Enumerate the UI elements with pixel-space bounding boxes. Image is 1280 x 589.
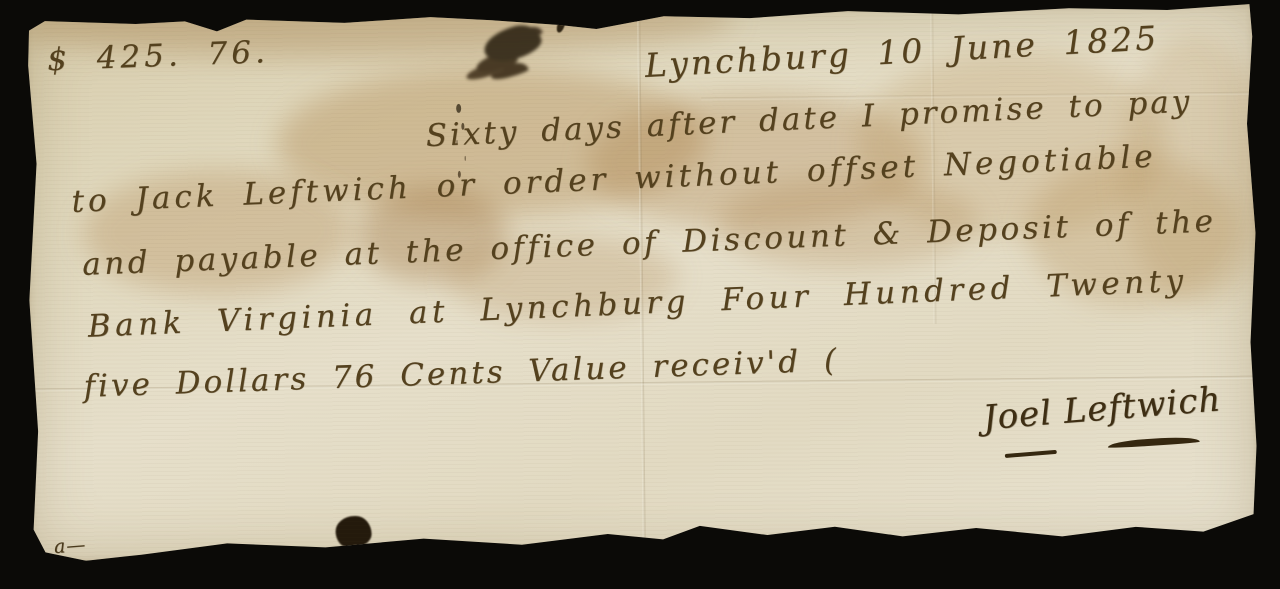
- body-line-5: five Dollars 76 Cents Value receiv'd (: [83, 342, 840, 404]
- ink-speckles: [456, 104, 461, 113]
- ink-blot: [335, 516, 371, 548]
- corner-annotation: a—: [53, 534, 87, 559]
- amount-figure: $ 425. 76.: [47, 34, 270, 78]
- signature-flourish-underline: [1108, 436, 1200, 449]
- signature-flourish-dash: [1005, 450, 1057, 458]
- document-paper: $ 425. 76. Lynchburg 10 June 1825 Sixty …: [25, 4, 1259, 563]
- signature: Joel Leftwich: [981, 379, 1222, 438]
- scan-background: $ 425. 76. Lynchburg 10 June 1825 Sixty …: [0, 0, 1280, 589]
